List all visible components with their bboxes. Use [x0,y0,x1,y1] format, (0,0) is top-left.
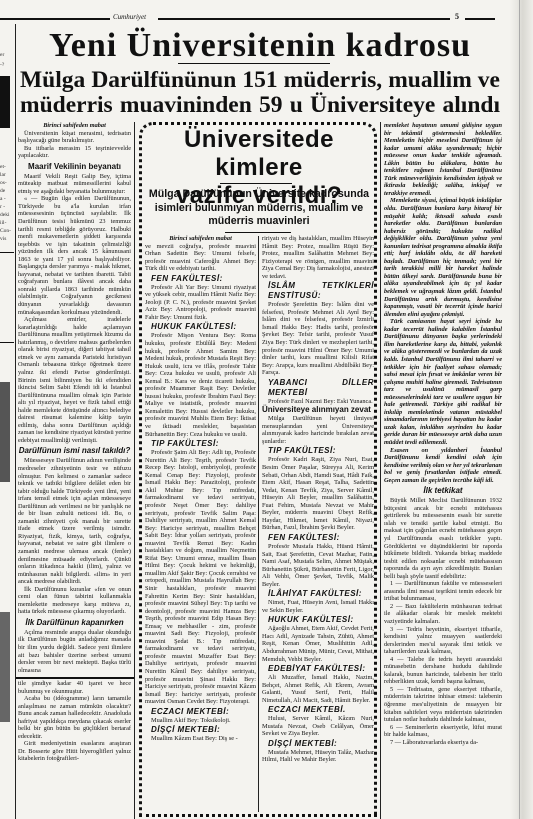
paragraph: Esasen on yıldanberi İstanbul Darülfünun… [384,447,502,485]
paragraph: tile şimdiye kadar 40 işaret ve hece bul… [18,680,131,695]
paragraph: 5 — Tedrisatın, gene ekseriyet itibarile… [384,686,502,724]
faculty-heading: İSLÂM TETKİKLERİ ENSTİTUSÜ: [268,281,374,301]
previous-page-fragment: er -? et- lar os- de a - r - deki iil- C… [0,52,14,819]
paragraph: Ağaoğlu Ahmet, Etem Akif, Cevdet Ferit, … [262,625,374,663]
article-column-4: memleket hayatının umumi gidişine uygun … [384,122,502,819]
paragraph: Ali Muzaffer, İsmail Hakkı, Nazim, Behçe… [262,674,374,704]
subheadline-2: müderris muavininden 59 u Üniversiteye a… [20,92,500,119]
fragment-text: os- [0,180,14,187]
paragraph: Mustafa Mehmet, Hüseyin Talâz, Mazhar Hi… [262,749,374,764]
fragment-text: a - [0,196,14,203]
faculty-heading: ECZACI MEKTEBİ. [268,705,374,715]
paragraph: Hulusi, Server Kâmil, Kâzım Nuri, Mustaf… [262,715,374,738]
paragraph: 4 — Talebe ile tedris heyeti arasındaki … [384,656,502,686]
fragment-image [0,612,10,722]
fragment-text: er [0,52,14,59]
paragraph: Açılması emirler, iradelerle kararlaştır… [18,316,131,444]
fragment-text: deki [0,212,14,219]
section-heading: Maarif Vekilinin beyanatı [18,161,131,172]
faculty-heading: İLÂHİYAT FAKÜLTESİ: [268,589,374,599]
fragment-text: vis [0,236,14,243]
fragment-rule [0,252,14,253]
fragment-text: et- [0,164,14,171]
subheadline-1: Mülga Darülfününun 151 müderris, muallim… [20,67,500,94]
paragraph: Profesör Kadri Raşit, Ziya Nuri, Esat, B… [262,456,374,531]
box-headline-line: Üniversitede kimlere [145,126,373,182]
paragraph: Üniversitenin küşat merasimi, tedrisatın… [18,130,131,145]
scan-margin [510,0,533,819]
masthead-rule-left [0,18,110,20]
paragraph: Profesör Mustafa Hakkı, Hüsnü Hâmit, Sai… [262,543,374,588]
section-heading: İlk tetkikat [384,485,502,496]
faculty-heading: FEN FAKÜLTESİ: [268,533,374,543]
main-headline: Yeni Üniversitenin kadrosu [20,26,500,66]
fragment-text: iil- [0,220,14,227]
paragraph: Müesseseye Darülfünun adının verilişinde… [18,457,131,585]
faculty-heading: YABANCI DİLLER MEKTEBİ [268,378,374,398]
fragment-text: -? [0,62,14,69]
fragment-text: de [0,188,14,195]
paragraph: Profesör Mişon Ventura Bey: Roma hukuku,… [145,332,256,438]
paragraph: 6 — Seminerlerin ekseriyetle, lüfui mura… [384,724,502,739]
faculty-heading: TIP FAKÜLTESİ: [151,439,256,449]
paragraph: Girit medeniyetinin esaslarını araştıran… [18,740,131,763]
paragraph: Profesör Fazıl Nazmi Bey: Eski Yunanca. [262,398,374,406]
fragment-image [0,76,10,128]
fragment-image [0,382,10,482]
column-divider [15,24,16,819]
paragraph: 7 — Lâboratuvarlarda ekseriya da- [384,739,502,747]
masthead: Cumhuriyet 5 [0,14,495,24]
faculty-heading: DİŞÇİ MEKTEBİ: [268,739,374,749]
box-column-a: Birinci sahifeden mabat ve mevzii coğraf… [145,235,256,815]
paragraph: memleket hayatının umumi gidişine uygun … [384,122,502,197]
paragraph: Açılma resminde arapça dualar okunduğu i… [18,629,131,674]
faculty-heading: DİŞÇİ MEKTEBİ: [151,725,256,735]
faculty-heading: TIP FAKÜLTESİ: [268,446,374,456]
paragraph: Profesör Şerefettin Bey: İslâm dini ve f… [262,301,374,376]
paragraph: Büyük Millet Meclisi Darülfünunun 1932 b… [384,497,502,580]
paragraph: 1 — Darülfünunun fakülte ve müesseseleri… [384,580,502,603]
paragraph: Muallim Kâzım Esat Bey: Diş se - [145,735,256,743]
page-number: 5 [455,12,459,21]
paragraph: ririyatı ve diş hastalıkları, muallim Hü… [262,235,374,280]
article-column-1-bottom: tile şimdiye kadar 40 işaret ve hece bul… [18,680,131,819]
notice-heading: Üniversiteye alınmıyan zevat [262,405,374,415]
fragment-text: lar [0,172,14,179]
box-rule [220,183,292,184]
paragraph: Mülga Darülfünun heyeti ilmiyesi mensupl… [262,415,374,445]
paragraph: Maarif Vekili Reşit Galip Bey, içtima mü… [18,173,131,196]
paragraph: Acaba bu (idéogramme) ların tamamile anl… [18,695,131,740]
box-rule [225,232,291,233]
masthead-rule-right [158,18,450,20]
paragraph: « — Bugün ilga edilen Darülfünunun, Türk… [18,195,131,316]
column-divider [134,122,135,819]
headline-rule [178,63,330,64]
box-subheadline: Mülga Darülfününun Üniversite kadrosunda… [145,188,373,229]
paragraph: Memlekette siyasi, içtimai büyük inkılâp… [384,197,502,318]
newspaper-name: Cumhuriyet [113,13,146,21]
section-heading: Darülfünun ismi nasıl takıldı? [18,445,131,456]
faculty-heading: HUKUK FAKÜLTESİ: [268,615,374,625]
paragraph: ve mevzii coğrafya, profesör muavini Orh… [145,243,256,273]
column-divider [380,122,381,819]
newspaper-page: Cumhuriyet 5 er -? et- lar os- de a - r … [0,0,533,819]
faculty-heading: EDEBİYAT FAKÜLTESİ: [268,664,374,674]
faculty-heading: FEN FAKÜLTESİ: [151,274,256,284]
italic-section: memleket hayatının umumi gidişine uygun … [384,122,502,484]
article-column-1: Birinci sahifeden mabat Üniversitenin kü… [18,122,131,675]
fragment-rule [0,342,14,343]
column-divider [258,236,259,812]
paragraph: Profesör Ali Yar Bey: Umumi riyaziyat ve… [145,284,256,322]
paragraph: Türk camiasının hayat seyri içinde bu ka… [384,318,502,446]
paragraph: 3 — Tedris heyetinin, ekseriyet itibaril… [384,626,502,656]
fragment-text: r - [0,204,14,211]
continued-note: Birinci sahifeden mabat [145,235,256,243]
fragment-text: Con- [0,228,14,235]
paragraph: Bu itibarla merasim 15 teşrinievvelde ya… [18,145,131,160]
section-divider [16,677,134,679]
paragraph: Nimet, Fuat, Hüseyin Avni, İsmail Hakkı … [262,599,374,614]
paragraph: İlk Darülfünunu kuranlar «fen ve onun ce… [18,586,131,616]
continued-note: Birinci sahifeden mabat [18,122,131,130]
paragraph: 2 — Bazı fakültelerin münhasıran tedrisa… [384,603,502,626]
paragraph: Muallim Akif Bey: Toksikoloji. [145,717,256,725]
faculty-heading: ECZACI MEKTEBİ: [151,707,256,717]
faculty-heading: HUKUK FAKÜLTESİ: [151,322,256,332]
paragraph: Profesör Şaim Ali Bey: Adli tıp, Profesö… [145,449,256,706]
masthead-rule-end [465,18,495,20]
box-column-b: ririyatı ve diş hastalıkları, muallim Hü… [262,235,374,815]
section-heading: İlk Darülfünun kapanırken [18,617,131,628]
